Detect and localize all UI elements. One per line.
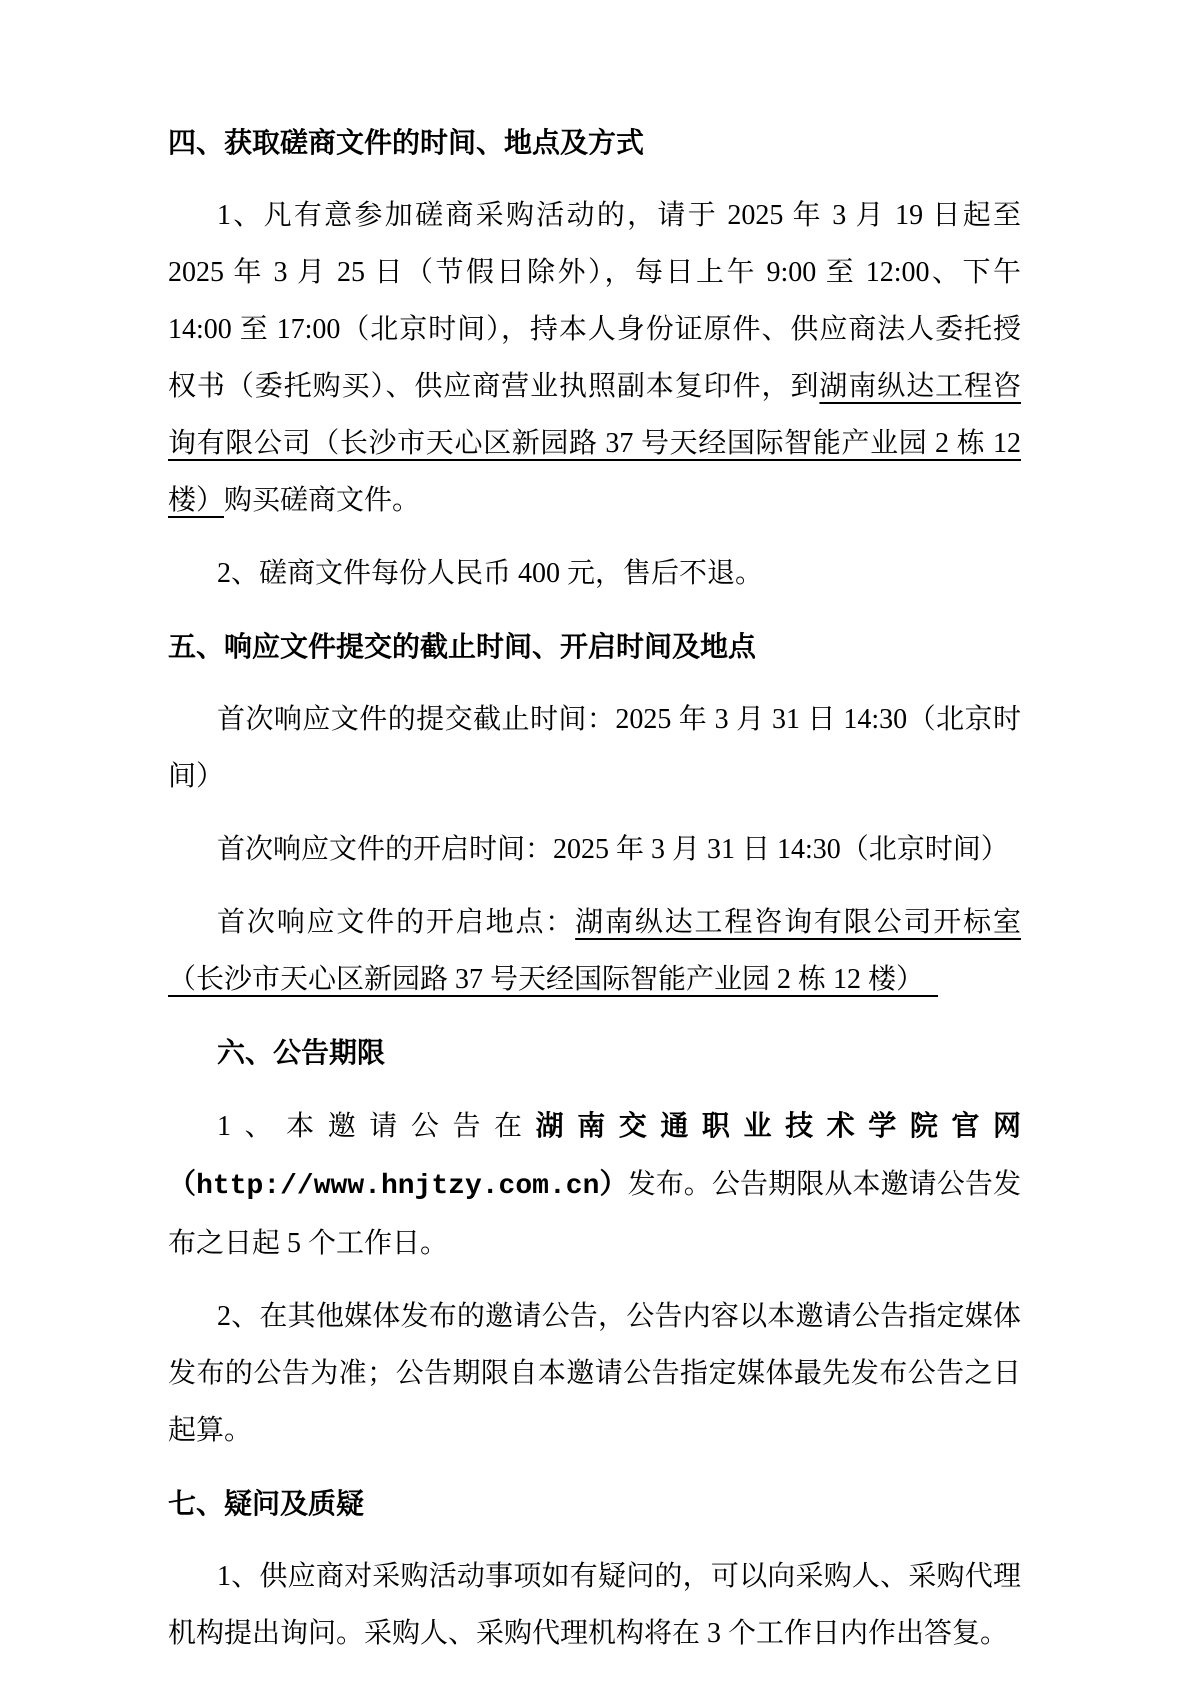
text-run: 购买磋商文件。 bbox=[224, 485, 420, 516]
paragraph: 2、在其他媒体发布的邀请公告，公告内容以本邀请公告指定媒体发布的公告为准；公告期… bbox=[168, 1288, 1021, 1459]
text-run: 2、在其他媒体发布的邀请公告，公告内容以本邀请公告指定媒体发布的公告为准；公告期… bbox=[168, 1301, 1021, 1446]
paragraph: 首次响应文件的开启地点：湖南纵达工程咨询有限公司开标室（长沙市天心区新园路 37… bbox=[168, 894, 1021, 1008]
section-heading: 七、疑问及质疑 bbox=[168, 1475, 1021, 1532]
text-run: 首次响应文件的开启地点： bbox=[217, 907, 575, 938]
text-run: 1、本邀请公告在 bbox=[217, 1111, 536, 1142]
document-page: 四、获取磋商文件的时间、地点及方式1、凡有意参加磋商采购活动的，请于 2025 … bbox=[0, 0, 1191, 1684]
text-run: 首次响应文件的提交截止时间：2025 年 3 月 31 日 14:30（北京时间… bbox=[168, 704, 1021, 792]
paragraph: 1、供应商对采购活动事项如有疑问的，可以向采购人、采购代理机构提出询问。采购人、… bbox=[168, 1548, 1021, 1662]
paragraph: 1、本邀请公告在湖南交通职业技术学院官网（http://www.hnjtzy.c… bbox=[168, 1097, 1021, 1272]
paragraph: 1、凡有意参加磋商采购活动的，请于 2025 年 3 月 19 日起至 2025… bbox=[168, 187, 1021, 529]
paragraph: 首次响应文件的开启时间：2025 年 3 月 31 日 14:30（北京时间） bbox=[168, 821, 1021, 878]
document-body: 四、获取磋商文件的时间、地点及方式1、凡有意参加磋商采购活动的，请于 2025 … bbox=[168, 114, 1021, 1678]
section-heading: 五、响应文件提交的截止时间、开启时间及地点 bbox=[168, 618, 1021, 675]
text-run: 2、磋商文件每份人民币 400 元，售后不退。 bbox=[217, 558, 763, 589]
text-run: 首次响应文件的开启时间：2025 年 3 月 31 日 14:30（北京时间） bbox=[217, 834, 1009, 865]
section-heading: 六、公告期限 bbox=[168, 1024, 1021, 1081]
section-heading: 四、获取磋商文件的时间、地点及方式 bbox=[168, 114, 1021, 171]
paragraph: 首次响应文件的提交截止时间：2025 年 3 月 31 日 14:30（北京时间… bbox=[168, 691, 1021, 805]
text-run: 1、供应商对采购活动事项如有疑问的，可以向采购人、采购代理机构提出询问。采购人、… bbox=[168, 1561, 1021, 1649]
bold-text: ） bbox=[599, 1167, 627, 1200]
url-text: http://www.hnjtzy.com.cn bbox=[196, 1171, 599, 1202]
paragraph: 2、磋商文件每份人民币 400 元，售后不退。 bbox=[168, 545, 1021, 602]
